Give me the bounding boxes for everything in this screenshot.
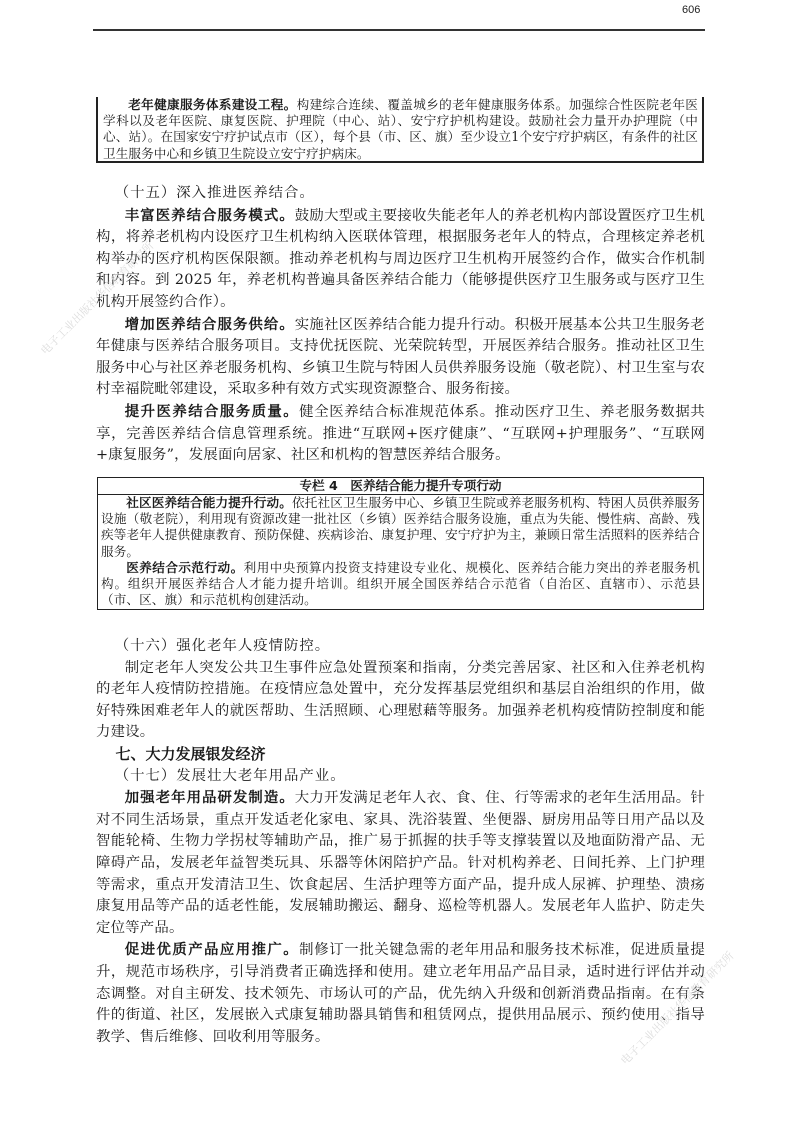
feature-box-title: 专栏 4 医养结合能力提升专项行动 xyxy=(98,478,703,495)
header-rule xyxy=(93,29,705,31)
feature-box-item-1: 社区医养结合能力提升行动。依托社区卫生服务中心、乡镇卫生院或养老服务机构、特困人… xyxy=(101,495,700,560)
paragraph-lead: 提升医养结合服务质量。 xyxy=(125,403,299,420)
section-16-heading: （十六）强化老年人疫情防控。 xyxy=(96,636,705,658)
section-16-paragraph: 制定老年人突发公共卫生事件应急处置预案和指南，分类完善居家、社区和入住养老机构的… xyxy=(96,658,705,744)
paragraph-lead: 加强老年用品研发制造。 xyxy=(125,789,295,806)
paragraph-lead: 丰富医养结合服务模式。 xyxy=(125,207,295,224)
section-15-paragraph-3: 提升医养结合服务质量。健全医养结合标准规范体系。推动医疗卫生、养老服务数据共享，… xyxy=(96,401,705,467)
paragraph-lead: 促进优质产品应用推广。 xyxy=(125,941,299,958)
section-15-heading: （十五）深入推进医养结合。 xyxy=(96,183,705,205)
section-16-17: （十六）强化老年人疫情防控。 制定老年人突发公共卫生事件应急处置预案和指南，分类… xyxy=(96,636,705,1048)
feature-box-item-2: 医养结合示范行动。利用中央预算内投资支持建设专业化、规模化、医养结合能力突出的养… xyxy=(101,560,700,609)
item-lead: 社区医养结合能力提升行动。 xyxy=(126,495,292,510)
page-number: 606 xyxy=(682,4,700,16)
section-17-paragraph-2: 促进优质产品应用推广。制修订一批关键急需的老年用品和服务技术标准，促进质量提升，… xyxy=(96,939,705,1048)
section-17-heading: （十七）发展壮大老年用品产业。 xyxy=(96,766,705,788)
section-17-paragraph-1: 加强老年用品研发制造。大力开发满足老年人衣、食、住、行等需求的老年生活用品。针对… xyxy=(96,787,705,939)
feature-box-body: 社区医养结合能力提升行动。依托社区卫生服务中心、乡镇卫生院或养老服务机构、特困人… xyxy=(98,495,703,609)
section-15-paragraph-1: 丰富医养结合服务模式。鼓励大型或主要接收失能老年人的养老机构内部设置医疗卫生机构… xyxy=(96,205,705,314)
box1-lead: 老年健康服务体系建设工程。 xyxy=(128,97,296,112)
paragraph-lead: 增加医养结合服务供给。 xyxy=(125,316,295,333)
section-15-paragraph-2: 增加医养结合服务供给。实施社区医养结合能力提升行动。积极开展基本公共卫生服务老年… xyxy=(96,314,705,401)
paragraph-text: 大力开发满足老年人衣、食、住、行等需求的老年生活用品。针对不同生活场景，重点开发… xyxy=(96,790,705,936)
chapter-7-heading: 七、大力发展银发经济 xyxy=(96,744,705,766)
feature-box-column-4: 专栏 4 医养结合能力提升专项行动 社区医养结合能力提升行动。依托社区卫生服务中… xyxy=(97,477,704,610)
section-15: （十五）深入推进医养结合。 丰富医养结合服务模式。鼓励大型或主要接收失能老年人的… xyxy=(96,183,705,467)
feature-box-continued: 老年健康服务体系建设工程。构建综合连续、覆盖城乡的老年健康服务体系。加强综合性医… xyxy=(96,97,704,163)
box1-paragraph: 老年健康服务体系建设工程。构建综合连续、覆盖城乡的老年健康服务体系。加强综合性医… xyxy=(103,97,698,162)
item-lead: 医养结合示范行动。 xyxy=(126,560,243,575)
